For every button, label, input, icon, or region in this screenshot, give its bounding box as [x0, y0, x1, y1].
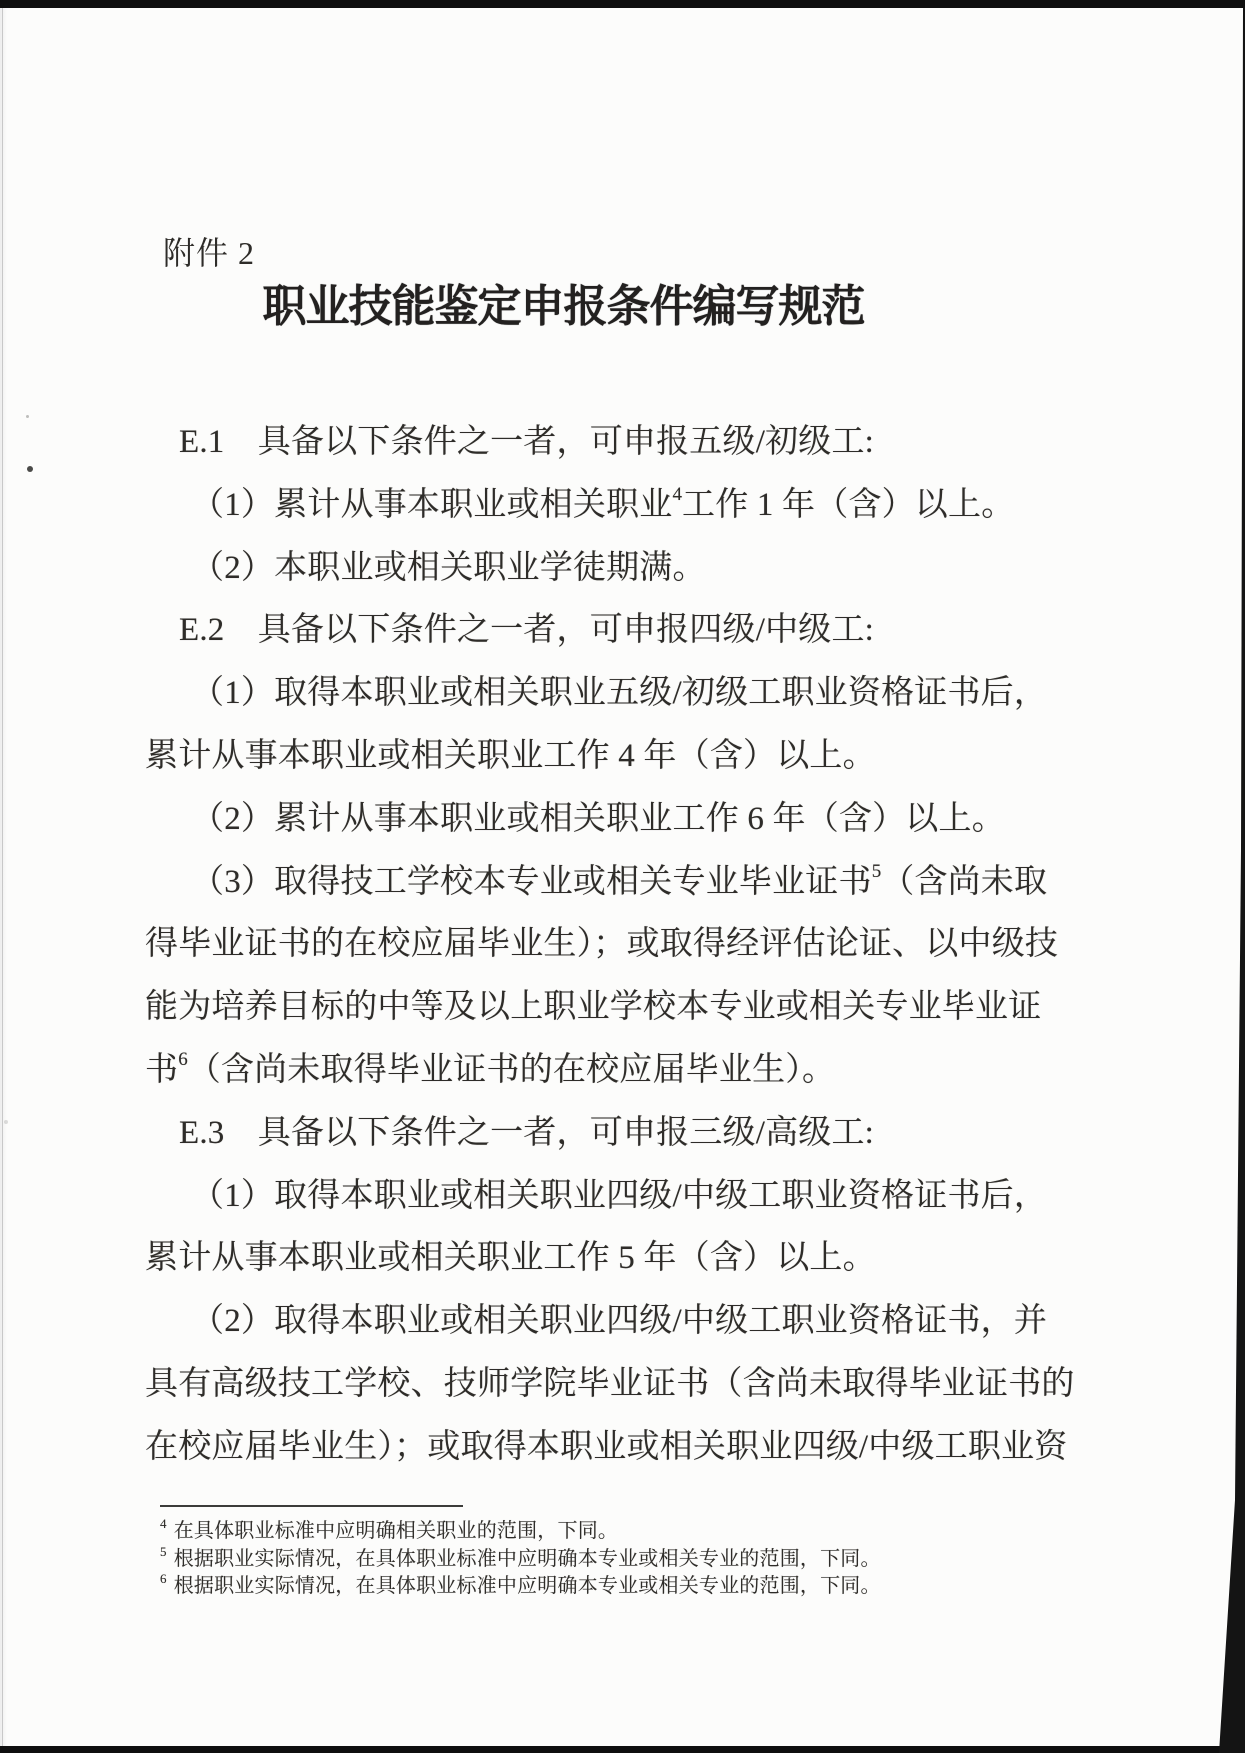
footnote-marker: 6	[160, 1571, 167, 1586]
body-text: （1）累计从事本职业或相关职业	[191, 487, 673, 523]
body-text: （1）取得本职业或相关职业五级/初级工职业资格证书后，	[191, 675, 1047, 711]
body-text: 具有高级技工学校、技师学院毕业证书（含尚未取得毕业证书的	[145, 1366, 1075, 1402]
scan-edge-left-smudge	[0, 8, 7, 1746]
body-text: （2）取得本职业或相关职业四级/中级工职业资格证书，并	[191, 1303, 1047, 1339]
scan-speck	[27, 466, 33, 472]
body-text: （含尚未取	[881, 864, 1047, 900]
body-text: （1）取得本职业或相关职业四级/中级工职业资格证书后，	[191, 1178, 1047, 1214]
body-line: 书6（含尚未取得毕业证书的在校应届毕业生）。	[145, 1039, 1090, 1102]
scanned-document-page: 附件 2 职业技能鉴定申报条件编写规范 E.1 具备以下条件之一者，可申报五级/…	[0, 0, 1245, 1753]
body-line: （1）累计从事本职业或相关职业4工作 1 年（含）以上。	[145, 474, 1090, 537]
body-line: （2）取得本职业或相关职业四级/中级工职业资格证书，并	[145, 1290, 1090, 1353]
footnote-text: 根据职业实际情况，在具体职业标准中应明确本专业或相关专业的范围，下同。	[174, 1548, 881, 1570]
body-line: （3）取得技工学校本专业或相关专业毕业证书5（含尚未取	[145, 851, 1090, 914]
body-line: 在校应届毕业生）；或取得本职业或相关职业四级/中级工职业资	[145, 1416, 1090, 1479]
scan-speck	[26, 415, 29, 418]
body-line: 累计从事本职业或相关职业工作 4 年（含）以上。	[145, 725, 1090, 788]
footnote-ref-superscript: 6	[178, 1049, 188, 1070]
document-title: 职业技能鉴定申报条件编写规范	[0, 281, 1127, 333]
body-text: 得毕业证书的在校应届毕业生）；或取得经评估论证、以中级技	[145, 926, 1058, 962]
footnote-ref-superscript: 4	[673, 484, 683, 505]
body-text: （含尚未取得毕业证书的在校应届毕业生）。	[188, 1052, 836, 1088]
document-body: E.1 具备以下条件之一者，可申报五级/初级工:（1）累计从事本职业或相关职业4…	[145, 411, 1090, 1479]
footnote-line: 4在具体职业标准中应明确相关职业的范围，下同。	[160, 1518, 1120, 1546]
body-text: E.3 具备以下条件之一者，可申报三级/高级工:	[179, 1115, 874, 1151]
body-line: （2）本职业或相关职业学徒期满。	[145, 537, 1090, 600]
scan-speck	[4, 1120, 8, 1124]
scan-edge-top	[0, 0, 1245, 8]
body-text: 累计从事本职业或相关职业工作 5 年（含）以上。	[145, 1240, 876, 1276]
body-line: （1）取得本职业或相关职业五级/初级工职业资格证书后，	[145, 662, 1090, 725]
body-text: 能为培养目标的中等及以上职业学校本专业或相关专业毕业证	[145, 989, 1041, 1025]
footnote-text: 在具体职业标准中应明确相关职业的范围，下同。	[174, 1520, 618, 1542]
body-line: 得毕业证书的在校应届毕业生）；或取得经评估论证、以中级技	[145, 913, 1090, 976]
body-text: 在校应届毕业生）；或取得本职业或相关职业四级/中级工职业资	[145, 1429, 1067, 1465]
footnote-marker: 5	[160, 1544, 167, 1559]
body-line: 具有高级技工学校、技师学院毕业证书（含尚未取得毕业证书的	[145, 1353, 1090, 1416]
body-line: 能为培养目标的中等及以上职业学校本专业或相关专业毕业证	[145, 976, 1090, 1039]
body-line: （2）累计从事本职业或相关职业工作 6 年（含）以上。	[145, 788, 1090, 851]
body-line: E.3 具备以下条件之一者，可申报三级/高级工:	[145, 1102, 1090, 1165]
body-text: 累计从事本职业或相关职业工作 4 年（含）以上。	[145, 738, 876, 774]
body-text: E.1 具备以下条件之一者，可申报五级/初级工:	[179, 424, 874, 460]
scan-edge-right	[1219, 0, 1245, 1753]
body-text: （2）本职业或相关职业学徒期满。	[191, 550, 706, 586]
footnote-line: 6根据职业实际情况，在具体职业标准中应明确本专业或相关专业的范围，下同。	[160, 1573, 1120, 1601]
footnote-separator	[160, 1505, 463, 1507]
body-line: （1）取得本职业或相关职业四级/中级工职业资格证书后，	[145, 1165, 1090, 1228]
footnotes: 4在具体职业标准中应明确相关职业的范围，下同。5根据职业实际情况，在具体职业标准…	[160, 1518, 1120, 1601]
body-text: 书	[145, 1052, 178, 1088]
attachment-label: 附件 2	[163, 236, 255, 270]
footnote-line: 5根据职业实际情况，在具体职业标准中应明确本专业或相关专业的范围，下同。	[160, 1546, 1120, 1574]
body-line: E.1 具备以下条件之一者，可申报五级/初级工:	[145, 411, 1090, 474]
footnote-ref-superscript: 5	[872, 861, 882, 882]
footnote-marker: 4	[160, 1516, 167, 1531]
body-line: 累计从事本职业或相关职业工作 5 年（含）以上。	[145, 1227, 1090, 1290]
body-text: （2）累计从事本职业或相关职业工作 6 年（含）以上。	[191, 801, 1005, 837]
body-line: E.2 具备以下条件之一者，可申报四级/中级工:	[145, 599, 1090, 662]
scan-edge-bottom	[0, 1746, 1245, 1753]
body-text: （3）取得技工学校本专业或相关专业毕业证书	[191, 864, 872, 900]
body-text: 工作 1 年（含）以上。	[682, 487, 1014, 523]
footnote-text: 根据职业实际情况，在具体职业标准中应明确本专业或相关专业的范围，下同。	[174, 1575, 881, 1597]
body-text: E.2 具备以下条件之一者，可申报四级/中级工:	[179, 612, 874, 648]
